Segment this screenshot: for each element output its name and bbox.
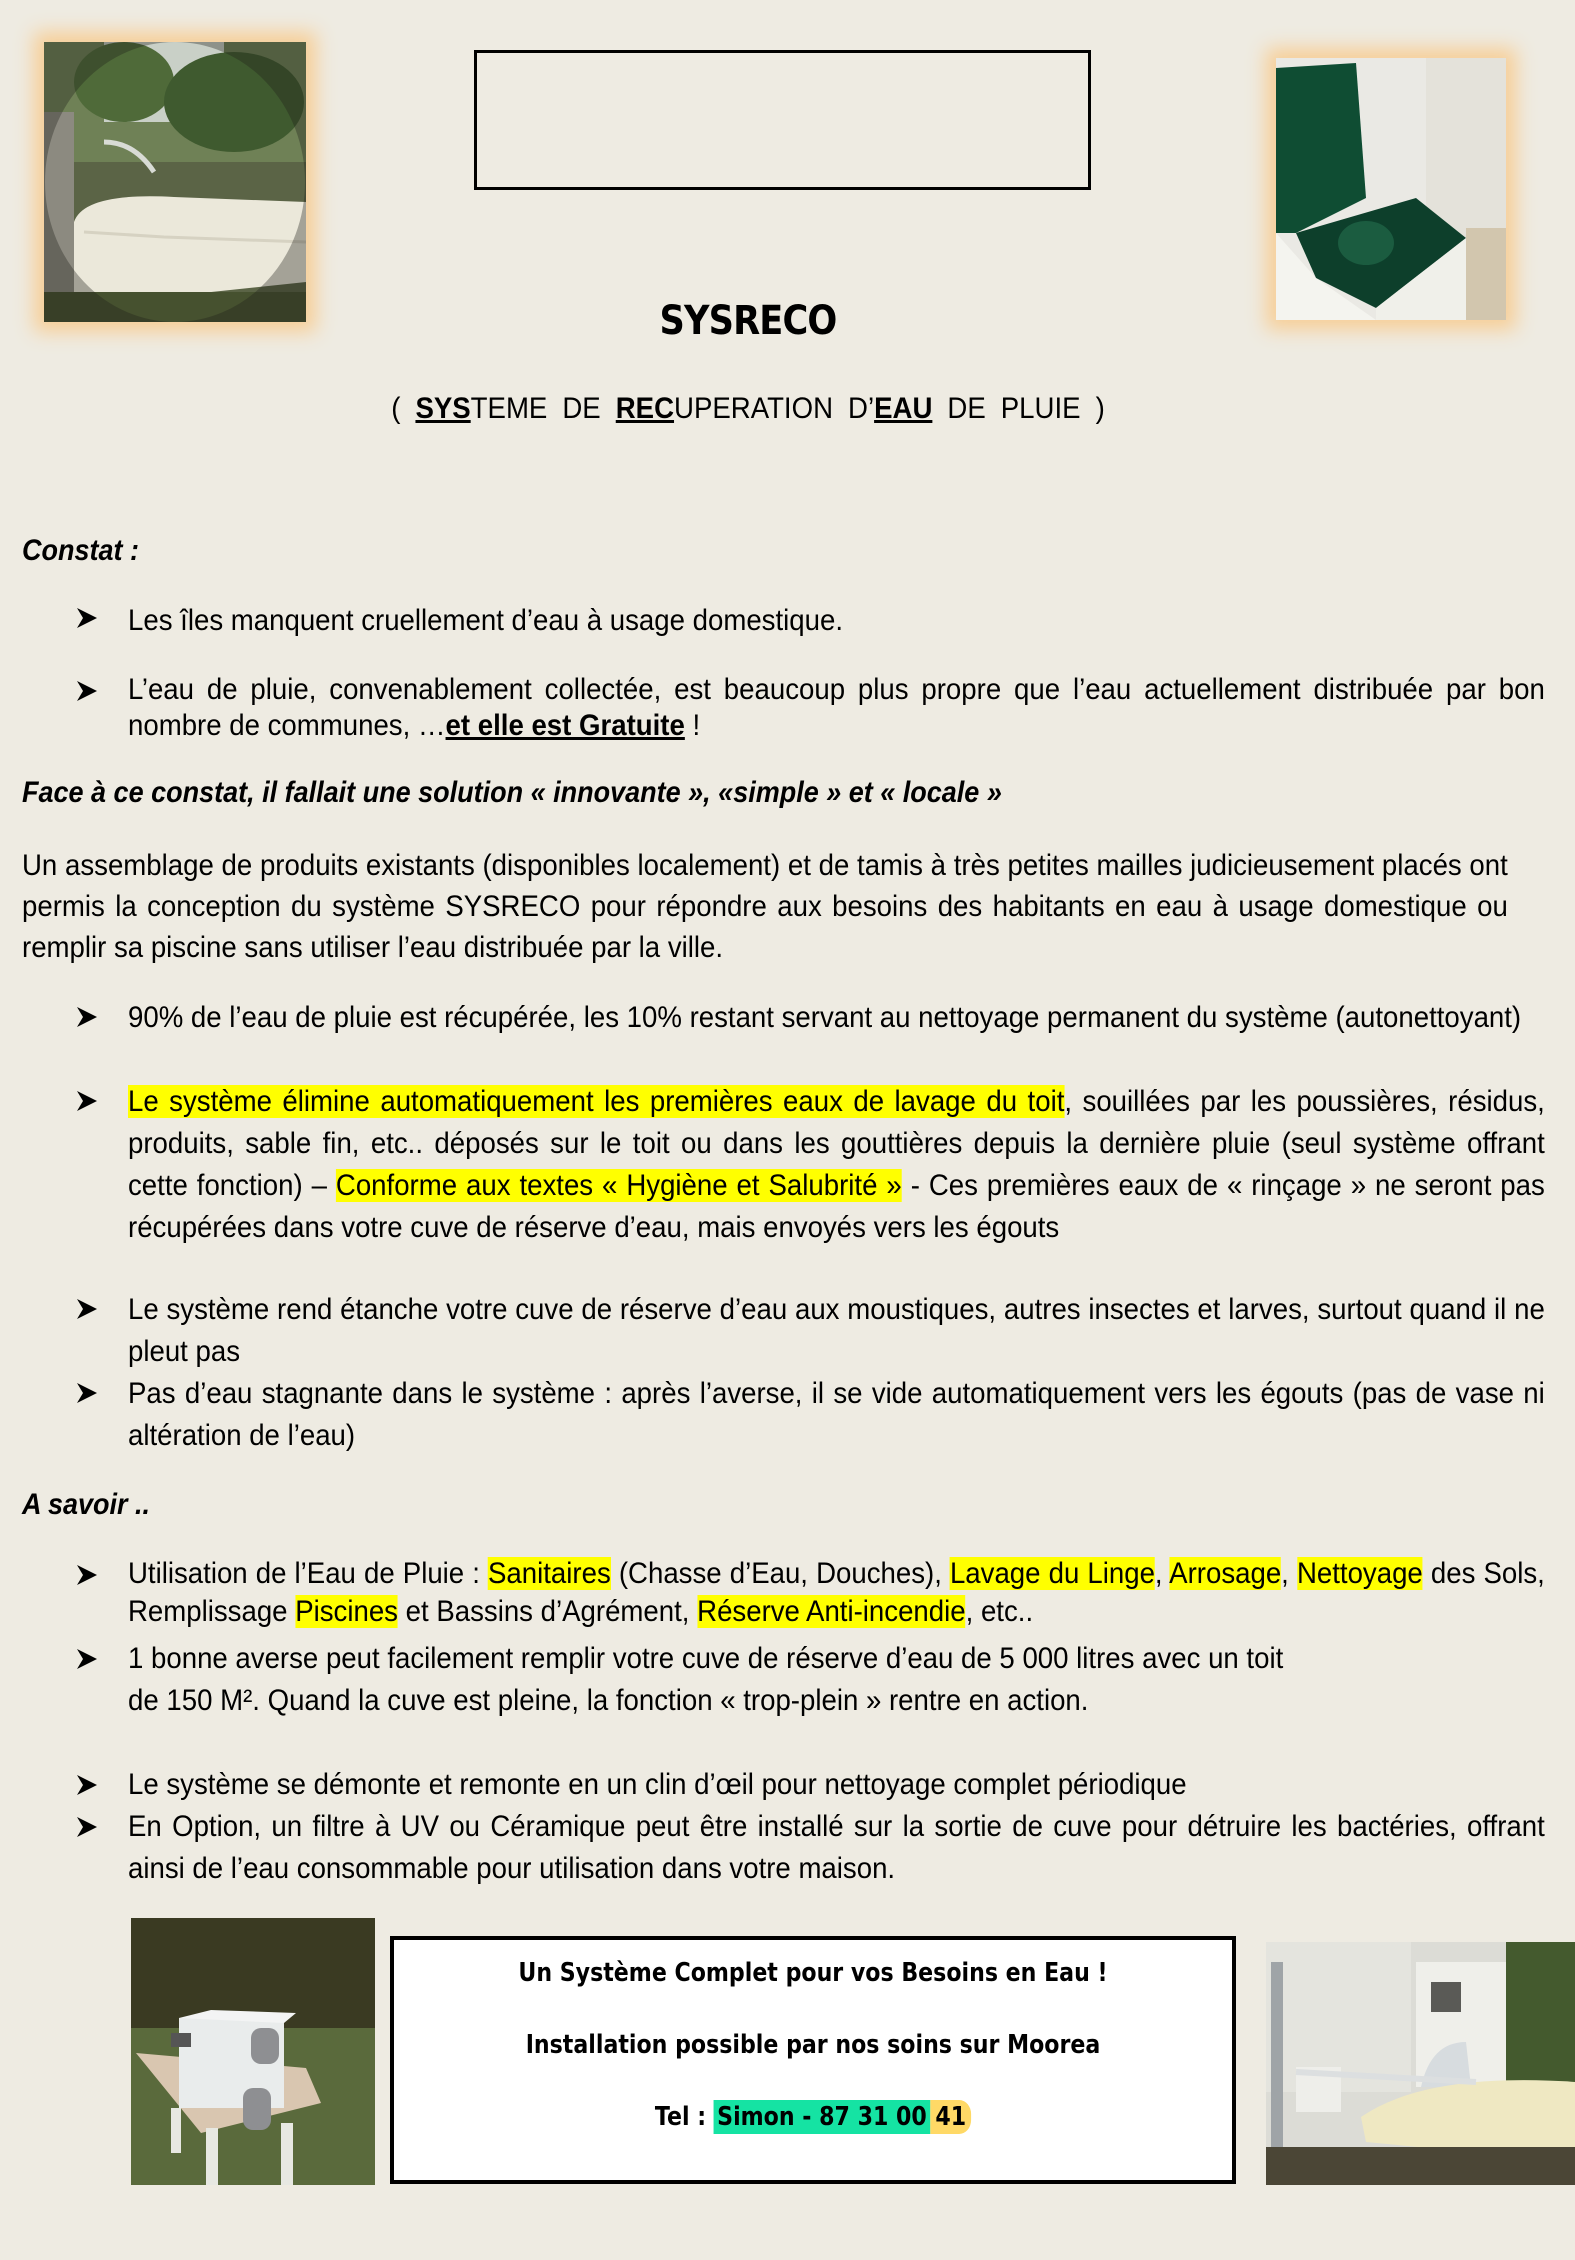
solution-bullet: Pas d’eau stagnante dans le système : ap… — [128, 1373, 1545, 1457]
bullet-text: et Bassins d’Agrément, — [398, 1595, 697, 1628]
highlight-use: Réserve Anti-incendie — [697, 1595, 965, 1628]
a-savoir-bullet: Le système se démonte et remonte en un c… — [128, 1764, 1545, 1806]
subtitle-acronym-sys: SYS — [415, 392, 470, 425]
bullet-text: Utilisation de l’Eau de Pluie : — [128, 1557, 488, 1590]
photo-bladder-tank-by-house — [1266, 1942, 1575, 2185]
highlight-use: Nettoyage — [1297, 1557, 1423, 1590]
section-heading-a-savoir: A savoir .. — [22, 1488, 150, 1522]
phone-label: Tel : — [655, 2102, 714, 2132]
photo-filter-unit-on-table — [131, 1918, 375, 2185]
contact-phone-line: Tel : Simon - 87 31 0041 — [457, 2102, 1169, 2132]
arrow-bullet-icon — [76, 1006, 98, 1028]
subtitle-acronym-eau: EAU — [874, 392, 932, 425]
subtitle-acronym-rec: REC — [616, 392, 674, 425]
solution-paragraph: Un assemblage de produits existants (dis… — [22, 845, 1508, 968]
subtitle-text: UPERATION D’ — [674, 392, 874, 425]
a-savoir-bullet: 1 bonne averse peut facilement remplir v… — [128, 1638, 1545, 1722]
arrow-bullet-icon — [76, 680, 98, 702]
highlight-use: Arrosage — [1169, 1557, 1281, 1590]
a-savoir-bullet: En Option, un filtre à UV ou Céramique p… — [128, 1806, 1545, 1890]
solution-bullet: Le système rend étanche votre cuve de ré… — [128, 1289, 1545, 1373]
page-title: SYSRECO — [90, 298, 1406, 344]
bullet-line: 1 bonne averse peut facilement remplir v… — [128, 1638, 1545, 1680]
highlight-use: Piscines — [295, 1595, 398, 1628]
contact-tagline: Un Système Complet pour vos Besoins en E… — [457, 1958, 1169, 1988]
section-heading-solution: Face à ce constat, il fallait une soluti… — [22, 776, 1002, 810]
bullet-text: L’eau de pluie, convenablement collectée… — [128, 673, 1545, 742]
arrow-bullet-icon — [76, 1774, 98, 1796]
arrow-bullet-icon — [76, 1090, 98, 1112]
contact-installation: Installation possible par nos soins sur … — [457, 2030, 1169, 2060]
a-savoir-bullet: Utilisation de l’Eau de Pluie : Sanitair… — [128, 1555, 1545, 1631]
solution-bullet: Le système élimine automatiquement les p… — [128, 1081, 1545, 1249]
subtitle-paren: ( — [391, 392, 415, 425]
subtitle-text: DE PLUIE ) — [932, 392, 1104, 425]
phone-number[interactable]: Simon - 87 31 00 — [714, 2100, 930, 2134]
highlight-use: Lavage du Linge — [950, 1557, 1155, 1590]
arrow-bullet-icon — [76, 607, 98, 629]
bullet-text: , — [1281, 1557, 1297, 1590]
arrow-bullet-icon — [76, 1816, 98, 1838]
constat-bullet: Les îles manquent cruellement d’eau à us… — [128, 600, 1545, 642]
page-subtitle: ( SYSTEME DE RECUPERATION D’EAU DE PLUIE… — [60, 392, 1436, 426]
arrow-bullet-icon — [76, 1298, 98, 1320]
empty-logo-box — [474, 50, 1091, 190]
arrow-bullet-icon — [76, 1382, 98, 1404]
arrow-bullet-icon — [76, 1648, 98, 1670]
photo-green-filter-box — [1276, 58, 1506, 320]
subtitle-text: TEME DE — [471, 392, 616, 425]
bullet-text: , — [1155, 1557, 1169, 1590]
photo-bladder-tank-garden — [44, 42, 306, 322]
constat-bullet: L’eau de pluie, convenablement collectée… — [128, 672, 1545, 744]
bullet-line: de 150 M². Quand la cuve est pleine, la … — [128, 1680, 1545, 1722]
section-heading-constat: Constat : — [22, 534, 139, 568]
arrow-bullet-icon — [76, 1564, 98, 1586]
phone-number-end[interactable]: 41 — [930, 2100, 971, 2134]
emphasis-free: et elle est Gratuite — [446, 709, 685, 742]
solution-bullet: 90% de l’eau de pluie est récupérée, les… — [128, 997, 1545, 1039]
bullet-text: ! — [685, 709, 700, 742]
bullet-text: , etc.. — [966, 1595, 1033, 1628]
highlight-first-flush: Le système élimine automatiquement les p… — [128, 1085, 1064, 1118]
bullet-text: (Chasse d’Eau, Douches), — [611, 1557, 950, 1590]
contact-box: Un Système Complet pour vos Besoins en E… — [390, 1936, 1236, 2184]
highlight-compliance: Conforme aux textes « Hygiène et Salubri… — [336, 1169, 902, 1202]
highlight-use: Sanitaires — [488, 1557, 611, 1590]
